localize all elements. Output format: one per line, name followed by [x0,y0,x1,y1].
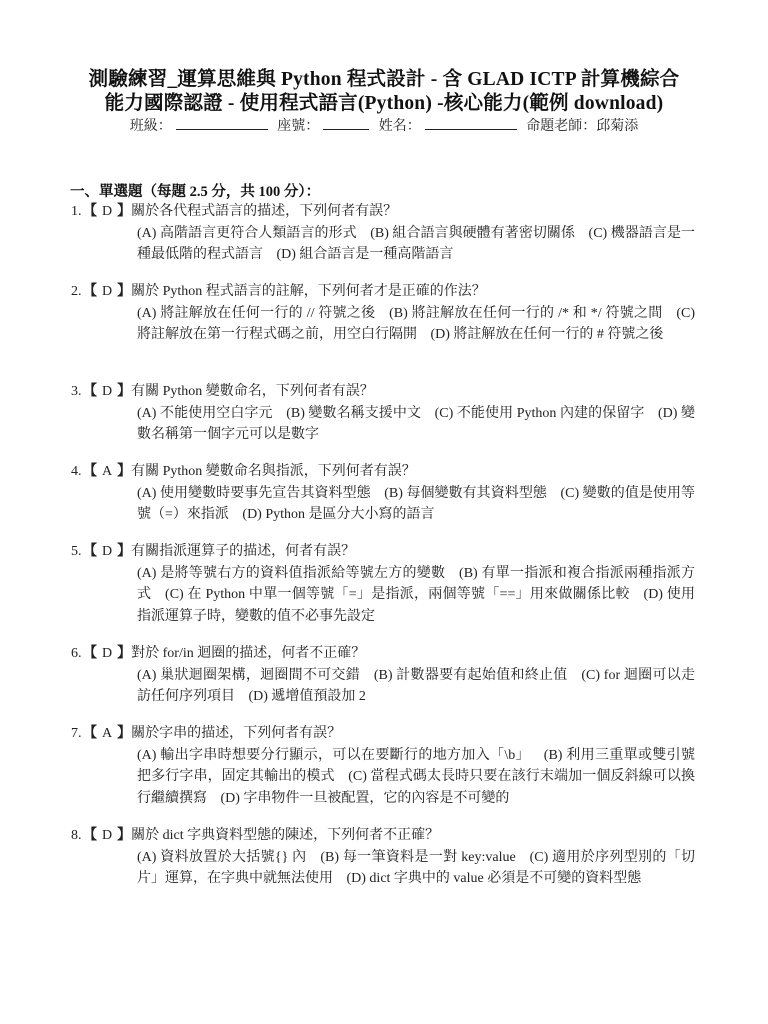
option-b: (B) 每一筆資料是一對 key:value [320,850,515,865]
question-text: 關於字串的描述，下列何者有誤？ [131,726,341,741]
question-number: 5. [71,541,83,563]
teacher-label: 命題老師：邱菊添 [526,119,638,134]
option-d: (D) 遞增值預設加 2 [249,689,366,704]
question-text: 關於 dict 字典資料型態的陳述，下列何者不正確？ [131,828,439,843]
question-text: 關於 Python 程式語言的註解，下列何者才是正確的作法？ [131,284,486,299]
answer-bracket: 【D】 [83,828,131,843]
option-d: (D) 字串物件一旦被配置，它的內容是不可變的 [221,791,510,806]
question-stem: 7.【A】關於字串的描述，下列何者有誤？ [71,723,695,745]
option-a: (A) 高階語言更符合人類語言的形式 [137,226,357,241]
question-options: (A) 資料放置於大括號{} 內 (B) 每一筆資料是一對 key:value … [137,847,695,890]
option-b: (B) 每個變數有其資料型態 [384,486,547,501]
name-label: 姓名： [379,119,421,134]
question-text: 有關 Python 變數命名與指派，下列何者有誤？ [131,464,416,479]
option-d: (D) dict 字典中的 value 必須是不可變的資料型態 [347,871,642,886]
question-number: 3. [71,381,83,403]
option-a: (A) 使用變數時要事先宣告其資料型態 [137,486,371,501]
answer-value: D [102,825,112,847]
question-number: 6. [71,643,83,665]
question-stem: 4.【A】有關 Python 變數命名與指派，下列何者有誤？ [71,461,695,483]
question-7: 7.【A】關於字串的描述，下列何者有誤？ (A) 輸出字串時想要分行顯示，可以在… [71,723,695,809]
option-b: (B) 變數名稱支援中文 [286,406,421,421]
question-text: 有關指派運算子的描述，何者有誤？ [131,544,355,559]
question-stem: 5.【D】有關指派運算子的描述，何者有誤？ [71,541,695,563]
exam-title-line-2: 能力國際認證 - 使用程式語言(Python) -核心能力(範例 downloa… [40,92,728,116]
question-text: 對於 for/in 迴圈的描述，何者不正確？ [131,646,365,661]
answer-value: A [102,461,112,483]
exam-title-line-1: 測驗練習_運算思維與 Python 程式設計 - 含 GLAD ICTP 計算機… [40,68,728,92]
option-d: (D) 組合語言是一種高階語言 [277,247,454,262]
answer-value: D [102,381,112,403]
question-8: 8.【D】關於 dict 字典資料型態的陳述，下列何者不正確？ (A) 資料放置… [71,825,695,890]
option-d: (D) 將註解放在任何一行的 # 符號之後 [431,327,664,342]
option-c: (C) 不能使用 Python 內建的保留字 [435,406,645,421]
question-4: 4.【A】有關 Python 變數命名與指派，下列何者有誤？ (A) 使用變數時… [71,461,695,526]
option-b: (B) 計數器要有起始值和終止值 [374,668,568,683]
question-stem: 2.【D】關於 Python 程式語言的註解，下列何者才是正確的作法？ [71,281,695,303]
question-stem: 3.【D】有關 Python 變數命名，下列何者有誤？ [71,381,695,403]
question-number: 8. [71,825,83,847]
question-number: 2. [71,281,83,303]
option-d: (D) Python 是區分大小寫的語言 [242,507,434,522]
answer-bracket: 【D】 [83,204,131,219]
seat-blank [323,116,369,130]
question-2: 2.【D】關於 Python 程式語言的註解，下列何者才是正確的作法？ (A) … [71,281,695,346]
option-b: (B) 組合語言與硬體有著密切關係 [370,226,575,241]
option-a: (A) 是將等號右方的資料值指派給等號左方的變數 [137,566,445,581]
answer-value: D [102,201,112,223]
answer-bracket: 【D】 [83,384,131,399]
answer-value: D [102,541,112,563]
student-info-line: 班級： 座號： 姓名： 命題老師：邱菊添 [40,116,728,136]
question-options: (A) 巢狀迴圈架構，迴圈間不可交錯 (B) 計數器要有起始值和終止值 (C) … [137,665,695,708]
question-options: (A) 高階語言更符合人類語言的形式 (B) 組合語言與硬體有著密切關係 (C)… [137,223,695,266]
answer-value: D [102,281,112,303]
option-b: (B) 將註解放在任何一行的 /* 和 */ 符號之間 [389,306,662,321]
question-5: 5.【D】有關指派運算子的描述，何者有誤？ (A) 是將等號右方的資料值指派給等… [71,541,695,627]
question-number: 7. [71,723,83,745]
question-number: 4. [71,461,83,483]
option-a: (A) 巢狀迴圈架構，迴圈間不可交錯 [137,668,360,683]
answer-bracket: 【D】 [83,544,131,559]
question-text: 有關 Python 變數命名，下列何者有誤？ [131,384,374,399]
question-stem: 1.【D】關於各代程式語言的描述，下列何者有誤？ [71,201,695,223]
answer-bracket: 【A】 [83,464,131,479]
question-3: 3.【D】有關 Python 變數命名，下列何者有誤？ (A) 不能使用空白字元… [71,381,695,446]
answer-bracket: 【A】 [83,726,131,741]
answer-bracket: 【D】 [83,284,131,299]
question-options: (A) 將註解放在任何一行的 // 符號之後 (B) 將註解放在任何一行的 /*… [137,303,695,346]
option-a: (A) 資料放置於大括號{} 內 [137,850,307,865]
question-6: 6.【D】對於 for/in 迴圈的描述，何者不正確？ (A) 巢狀迴圈架構，迴… [71,643,695,708]
answer-bracket: 【D】 [83,646,131,661]
name-blank [425,116,517,130]
option-c: (C) 在 Python 中單一個等號「=」是指派，兩個等號「==」用來做關係比… [165,587,630,602]
option-a: (A) 將註解放在任何一行的 // 符號之後 [137,306,375,321]
class-label: 班級： [130,119,172,134]
answer-value: D [102,643,112,665]
question-options: (A) 不能使用空白字元 (B) 變數名稱支援中文 (C) 不能使用 Pytho… [137,403,695,446]
question-options: (A) 使用變數時要事先宣告其資料型態 (B) 每個變數有其資料型態 (C) 變… [137,483,695,526]
class-blank [176,116,268,130]
question-options: (A) 是將等號右方的資料值指派給等號左方的變數 (B) 有單一指派和複合指派兩… [137,563,695,628]
question-stem: 6.【D】對於 for/in 迴圈的描述，何者不正確？ [71,643,695,665]
question-options: (A) 輸出字串時想要分行顯示，可以在要斷行的地方加入「\b」 (B) 利用三重… [137,745,695,810]
option-a: (A) 不能使用空白字元 [137,406,273,421]
question-text: 關於各代程式語言的描述，下列何者有誤？ [131,204,397,219]
exam-page: 測驗練習_運算思維與 Python 程式設計 - 含 GLAD ICTP 計算機… [0,0,768,1024]
option-a: (A) 輸出字串時想要分行顯示，可以在要斷行的地方加入「\b」 [137,748,530,763]
question-stem: 8.【D】關於 dict 字典資料型態的陳述，下列何者不正確？ [71,825,695,847]
section-heading: 一、單選題（每題 2.5 分，共 100 分）： [70,182,320,202]
question-1: 1.【D】關於各代程式語言的描述，下列何者有誤？ (A) 高階語言更符合人類語言… [71,201,695,266]
seat-label: 座號： [277,119,319,134]
question-number: 1. [71,201,83,223]
answer-value: A [102,723,112,745]
